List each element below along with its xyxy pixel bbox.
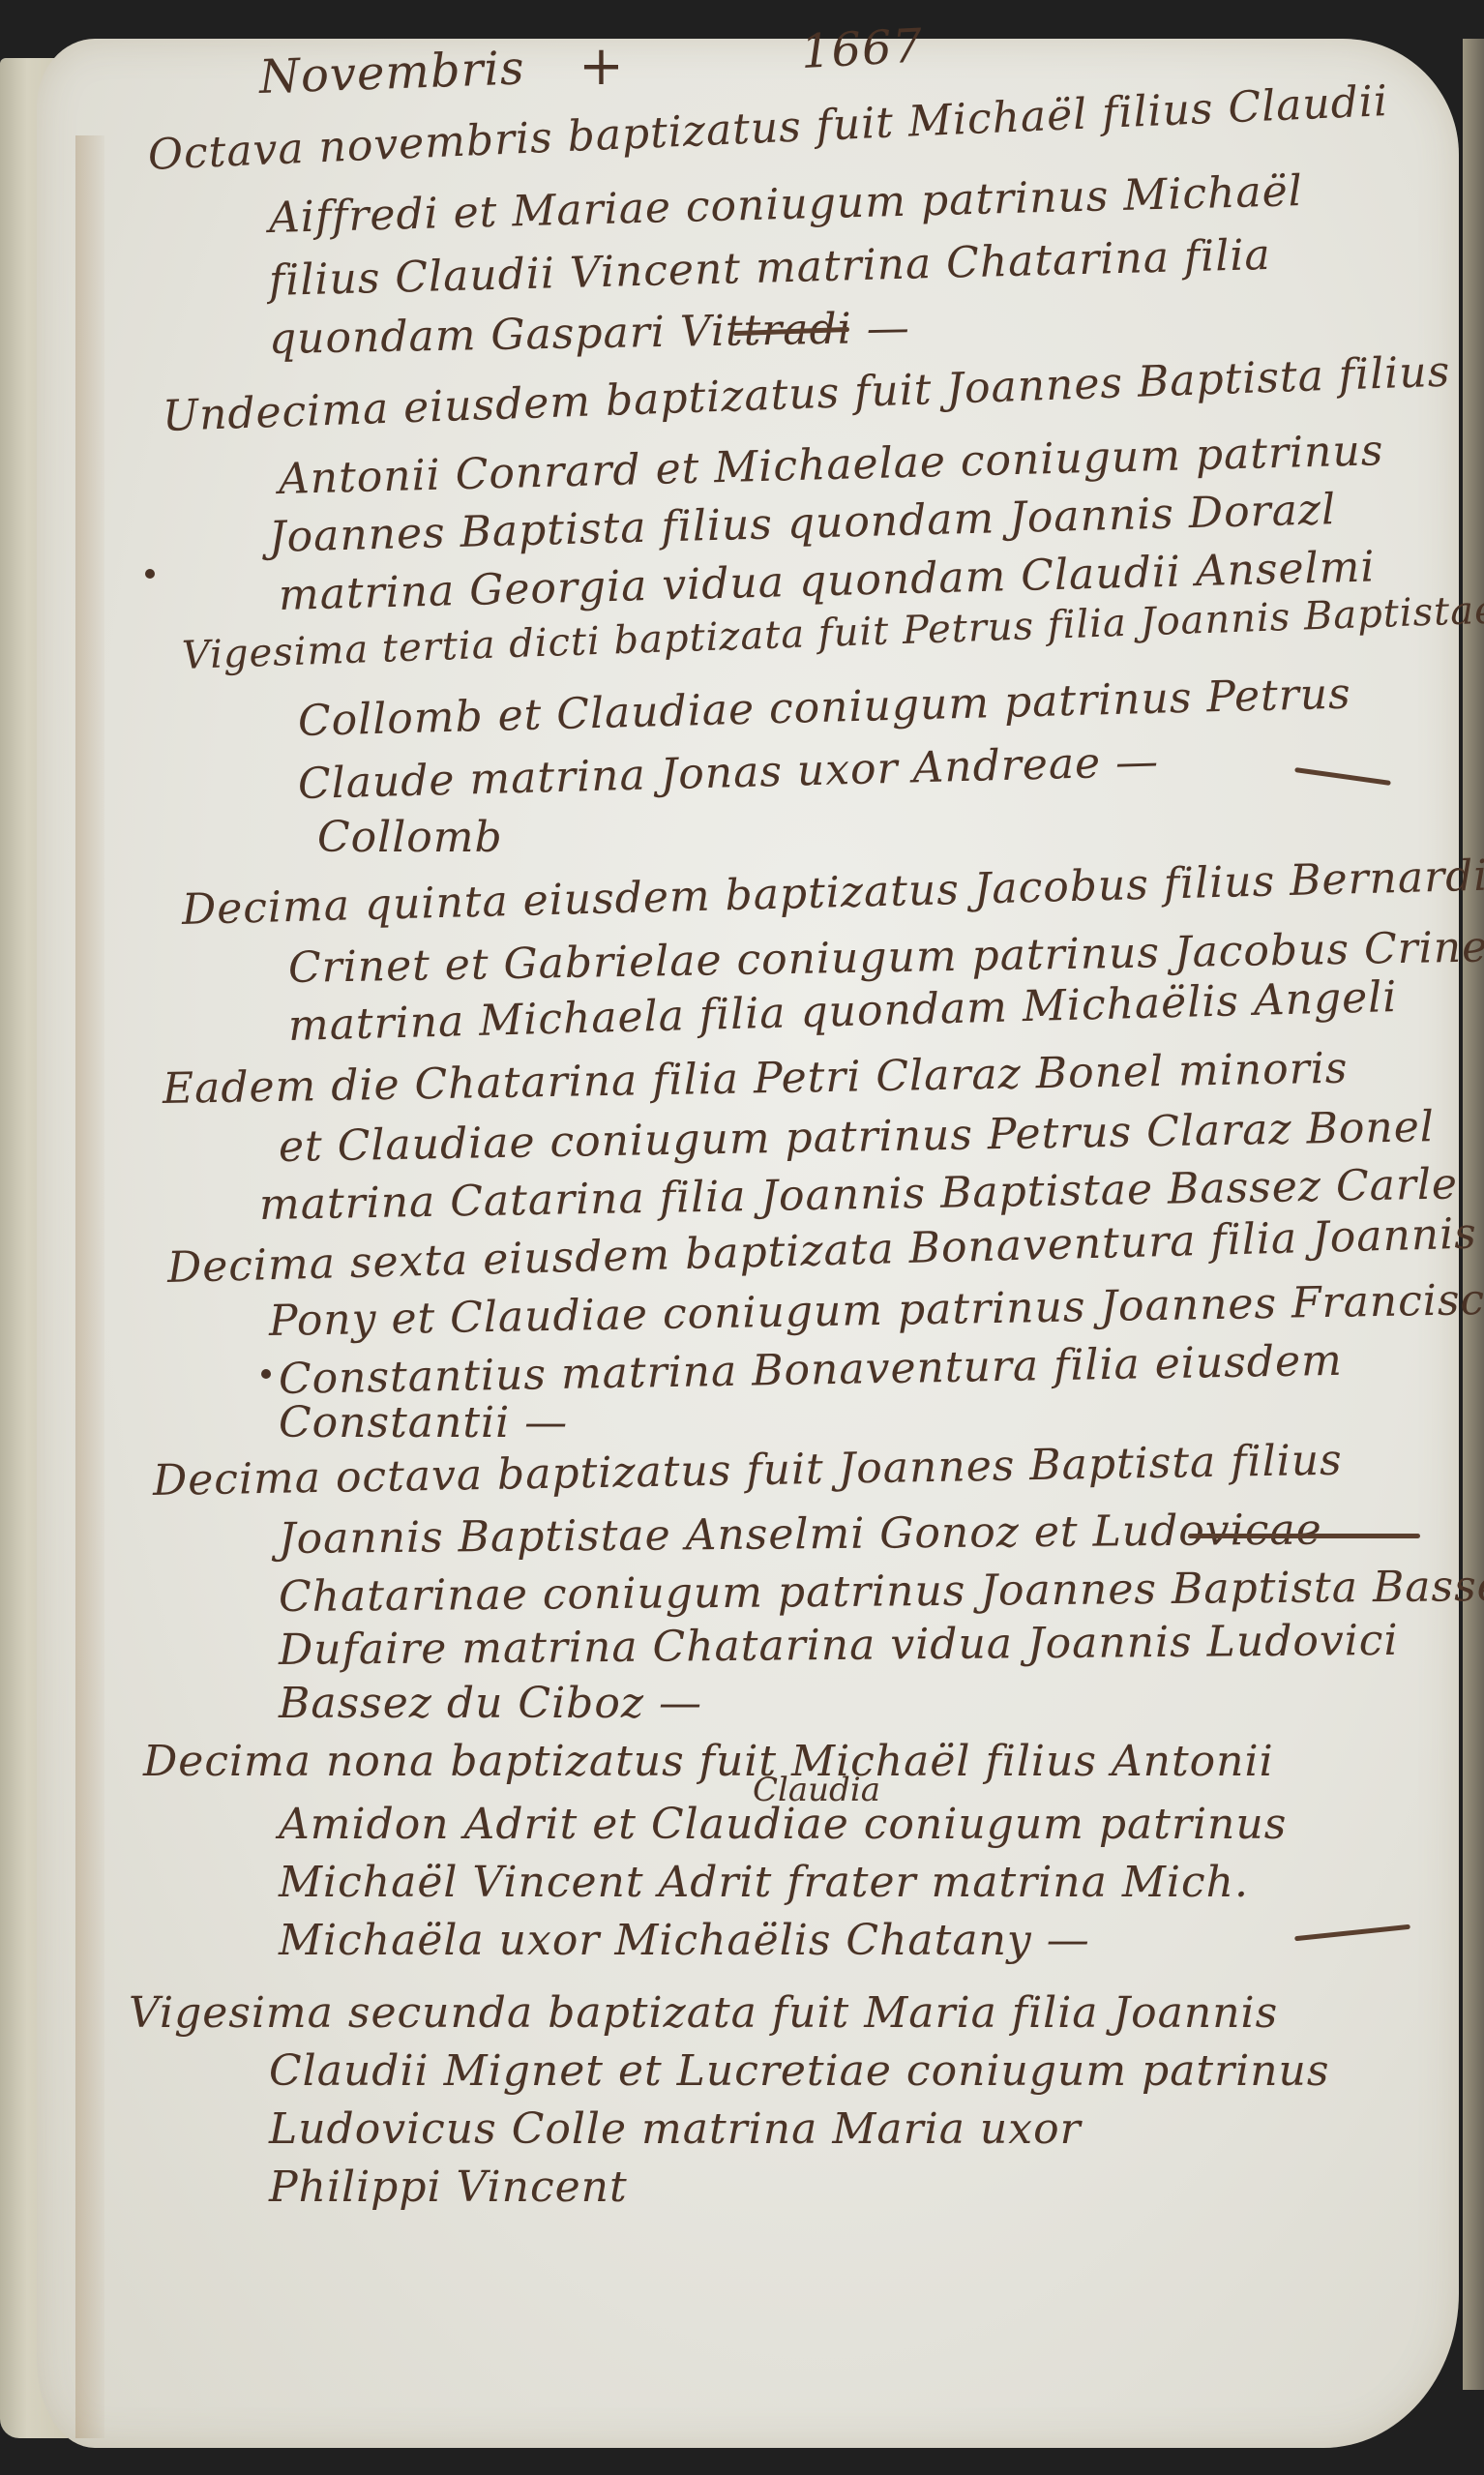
entry-4-line-1: Decima quinta eiusdem baptizatus Jacobus…	[181, 851, 1484, 935]
entry-9-line-2: Claudii Mignet et Lucretiae coniugum pat…	[269, 2046, 1329, 2096]
entry-1-line-4: quondam Gaspari Vittradi —	[269, 303, 911, 364]
entry-5-line-2: et Claudiae coniugum patrinus Petrus Cla…	[279, 1102, 1436, 1172]
entry-7-line-4: Dufaire matrina Chatarina vidua Joannis …	[279, 1616, 1399, 1675]
entry-3-line-3: Claude matrina Jonas uxor Andreae —	[297, 737, 1159, 809]
entry-8-line-1: Decima nona baptizatus fuit Michaël fili…	[143, 1737, 1274, 1786]
entry-5-line-1: Eadem die Chatarina filia Petri Claraz B…	[163, 1044, 1349, 1114]
entry-9-line-1: Vigesima secunda baptizata fuit Maria fi…	[129, 1988, 1278, 2038]
entry-1-line-2: Aiffredi et Mariae coniugum patrinus Mic…	[268, 166, 1303, 243]
ink-blot	[261, 1369, 271, 1379]
manuscript-scan: Novembris + 1667 Octava novembris baptiz…	[0, 0, 1484, 2475]
entry-6-line-3: Constantius matrina Bonaventura filia ei…	[279, 1336, 1344, 1404]
entry-8-line-4: Michaëla uxor Michaëlis Chatany —	[279, 1916, 1090, 1965]
entry-7-line-2: Joannis Baptistae Anselmi Gonoz et Ludov…	[279, 1506, 1322, 1564]
entry-7-line-3: Chatarinae coniugum patrinus Joannes Bap…	[279, 1562, 1484, 1622]
entry-8-line-3: Michaël Vincent Adrit frater matrina Mic…	[279, 1858, 1249, 1907]
page-header-year: 1667	[800, 18, 925, 79]
strikethrough-mark	[1188, 1534, 1420, 1538]
line-filler-dash	[1294, 767, 1391, 786]
page-header-cross: +	[579, 35, 625, 98]
entry-8-line-2: Amidon Adrit et Claudiae coniugum patrin…	[279, 1800, 1287, 1849]
entry-9-line-4: Philippi Vincent	[269, 2162, 628, 2212]
ink-blot	[145, 569, 155, 579]
manuscript-page: Novembris + 1667 Octava novembris baptiz…	[37, 39, 1459, 2448]
entry-6-line-4: Constantii —	[279, 1398, 568, 1447]
gutter-stain	[75, 135, 104, 2438]
line-filler-dash	[1294, 1924, 1410, 1942]
entry-1-line-3: filius Claudii Vincent matrina Chatarina…	[268, 230, 1271, 306]
entry-7-line-5: Bassez du Ciboz —	[279, 1679, 702, 1728]
page-header-month: Novembris	[258, 41, 525, 104]
entry-3-line-2: Collomb et Claudiae coniugum patrinus Pe…	[297, 670, 1351, 746]
entry-9-line-3: Ludovicus Colle matrina Maria uxor	[269, 2104, 1082, 2154]
entry-3-line-4: Collomb	[317, 813, 503, 862]
